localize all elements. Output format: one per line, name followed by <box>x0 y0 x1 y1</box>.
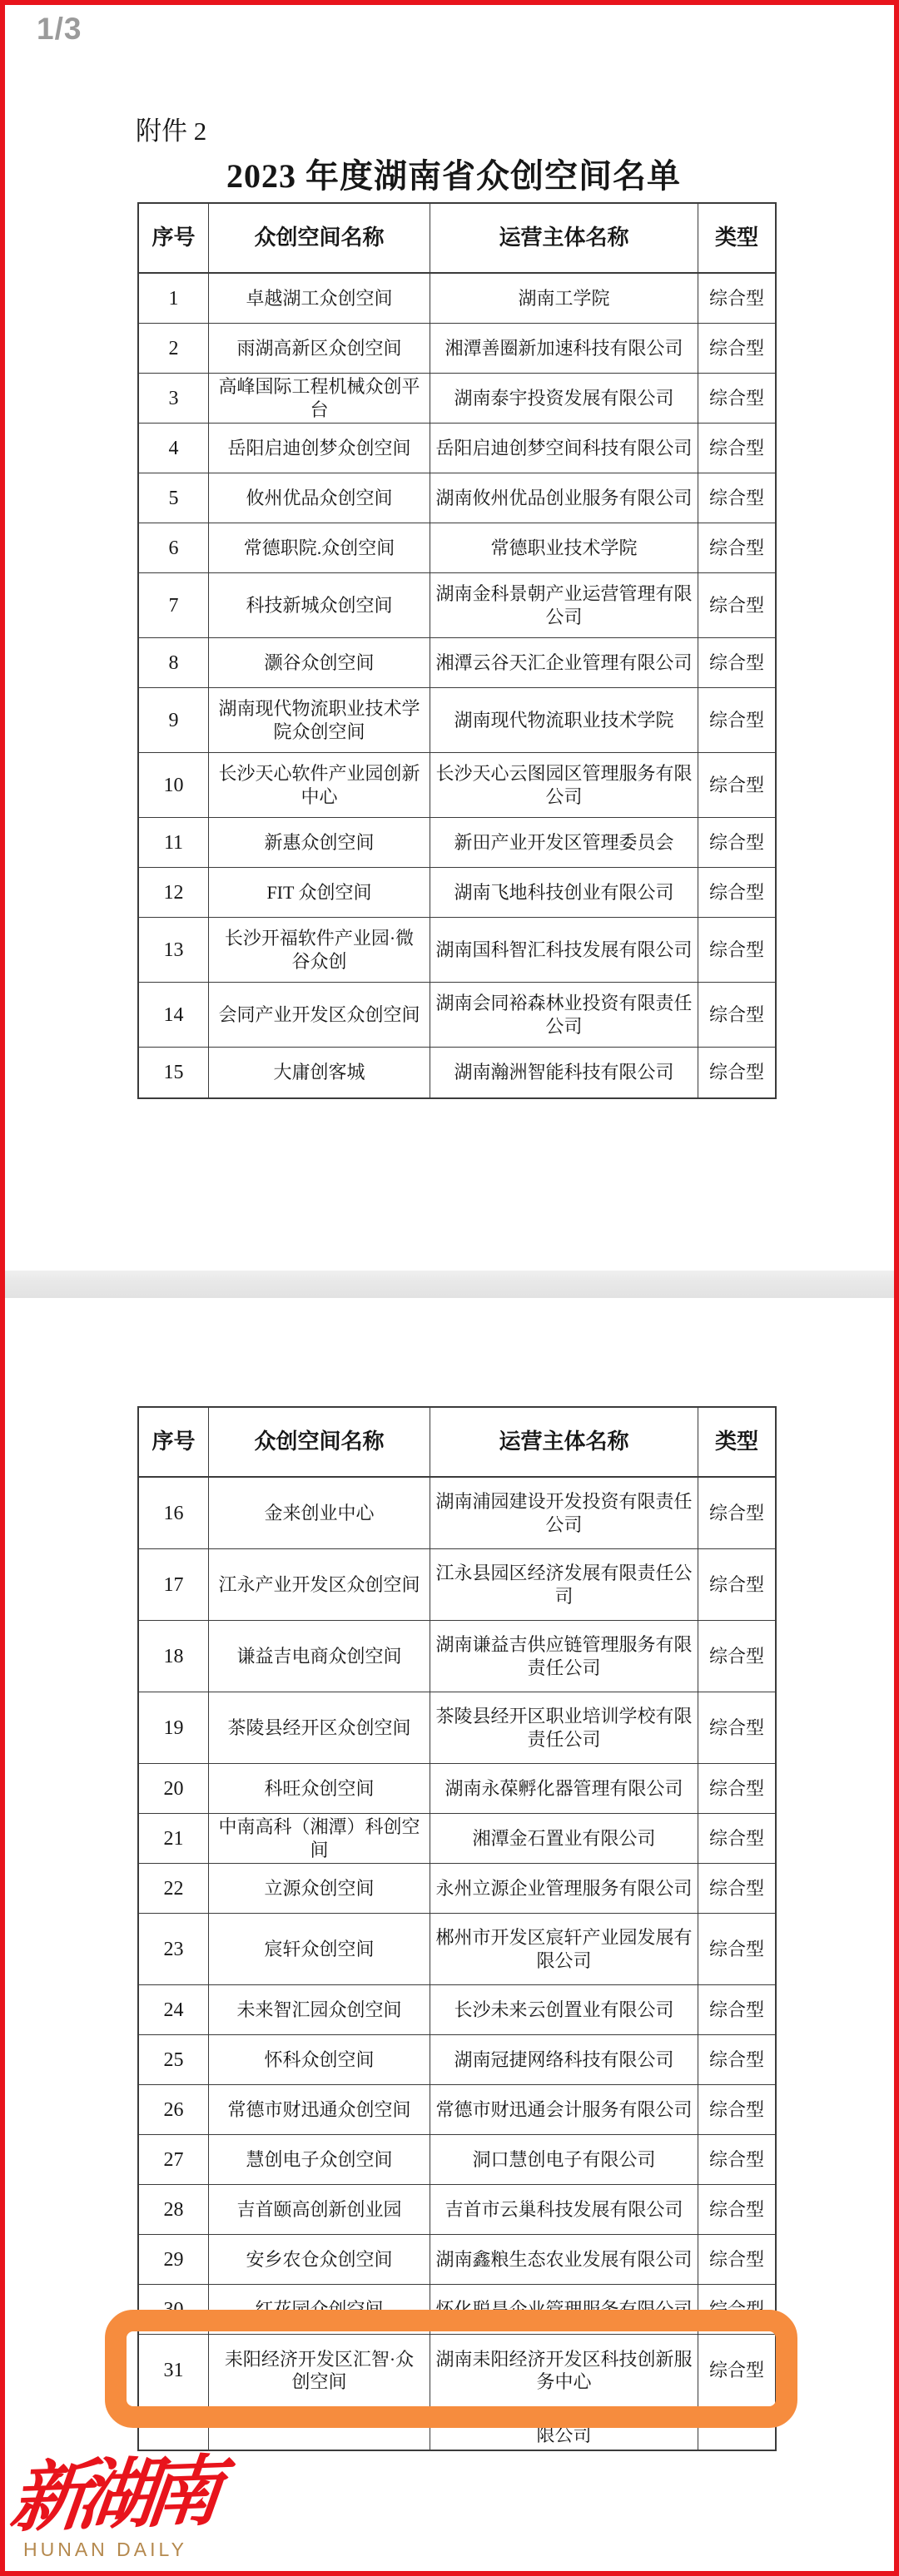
table-row: 23宸轩众创空间郴州市开发区宸轩产业园发展有限公司综合型 <box>139 1914 775 1985</box>
table-row: 25怀科众创空间湖南冠捷网络科技有限公司综合型 <box>139 2035 775 2085</box>
table-row: 31耒阳经济开发区汇智·众创空间湖南耒阳经济开发区科技创新服务中心综合型 <box>139 2335 775 2406</box>
space-name-cell: 安乡农仓众创空间 <box>209 2235 430 2285</box>
table-row: 22立源众创空间永州立源企业管理服务有限公司综合型 <box>139 1864 775 1914</box>
table-row: 28吉首颐高创新创业园吉首市云巢科技发展有限公司综合型 <box>139 2185 775 2235</box>
row-index-cell: 19 <box>139 1692 209 1764</box>
row-index-cell: 16 <box>139 1478 209 1549</box>
row-index-cell: 26 <box>139 2085 209 2135</box>
space-name-cell: 湖南现代物流职业技术学院众创空间 <box>209 688 430 753</box>
operator-cell: 常德市财迅通会计服务有限公司 <box>430 2085 698 2135</box>
table-row: 27慧创电子众创空间洞口慧创电子有限公司综合型 <box>139 2135 775 2185</box>
space-name-cell: 卓越湖工众创空间 <box>209 274 430 324</box>
type-cell <box>698 2406 775 2450</box>
operator-cell: 常德职业技术学院 <box>430 523 698 573</box>
type-cell: 综合型 <box>698 1621 775 1692</box>
table-header-row: 序号 众创空间名称 运营主体名称 类型 <box>139 204 775 274</box>
table-row-partial: 限公司 <box>139 2406 775 2450</box>
header-type: 类型 <box>698 204 775 272</box>
space-name-cell: 立源众创空间 <box>209 1864 430 1914</box>
space-name-cell: 慧创电子众创空间 <box>209 2135 430 2185</box>
header-operator: 运营主体名称 <box>430 1408 698 1476</box>
row-index-cell: 29 <box>139 2235 209 2285</box>
space-name-cell: 金来创业中心 <box>209 1478 430 1549</box>
table-row: 26常德市财迅通众创空间常德市财迅通会计服务有限公司综合型 <box>139 2085 775 2135</box>
type-cell: 综合型 <box>698 753 775 818</box>
row-index-cell: 15 <box>139 1048 209 1097</box>
space-name-cell: 科技新城众创空间 <box>209 573 430 638</box>
space-name-cell: 茶陵县经开区众创空间 <box>209 1692 430 1764</box>
row-index-cell: 3 <box>139 374 209 424</box>
operator-cell: 吉首市云巢科技发展有限公司 <box>430 2185 698 2235</box>
type-cell: 综合型 <box>698 1478 775 1549</box>
space-name-cell: 江永产业开发区众创空间 <box>209 1549 430 1621</box>
table-body-page2: 16金来创业中心湖南浦园建设开发投资有限责任公司综合型17江永产业开发区众创空间… <box>139 1478 775 2406</box>
table-row: 7科技新城众创空间湖南金科景朝产业运营管理有限公司综合型 <box>139 573 775 638</box>
type-cell: 综合型 <box>698 523 775 573</box>
table-row: 30红花园众创空间怀化聪昌企业管理服务有限公司综合型 <box>139 2285 775 2335</box>
row-index-cell: 20 <box>139 1764 209 1814</box>
table-row: 20科旺众创空间湖南永葆孵化器管理有限公司综合型 <box>139 1764 775 1814</box>
type-cell: 综合型 <box>698 868 775 918</box>
table-row: 4岳阳启迪创梦众创空间岳阳启迪创梦空间科技有限公司综合型 <box>139 424 775 473</box>
space-name-cell: 常德市财迅通众创空间 <box>209 2085 430 2135</box>
row-index-cell: 10 <box>139 753 209 818</box>
row-index-cell: 28 <box>139 2185 209 2235</box>
type-cell: 综合型 <box>698 2335 775 2406</box>
row-index-cell: 1 <box>139 274 209 324</box>
row-index-cell: 13 <box>139 918 209 983</box>
row-index-cell: 30 <box>139 2285 209 2335</box>
header-operator: 运营主体名称 <box>430 204 698 272</box>
space-name-cell: 怀科众创空间 <box>209 2035 430 2085</box>
table-row: 8灏谷众创空间湘潭云谷天汇企业管理有限公司综合型 <box>139 638 775 688</box>
operator-cell: 湖南瀚洲智能科技有限公司 <box>430 1048 698 1097</box>
operator-cell: 洞口慧创电子有限公司 <box>430 2135 698 2185</box>
type-cell: 综合型 <box>698 2235 775 2285</box>
type-cell: 综合型 <box>698 1764 775 1814</box>
header-name: 众创空间名称 <box>209 1408 430 1476</box>
row-index-cell: 21 <box>139 1814 209 1864</box>
space-name-cell: 长沙天心软件产业园创新中心 <box>209 753 430 818</box>
type-cell: 综合型 <box>698 1692 775 1764</box>
row-index-cell: 8 <box>139 638 209 688</box>
type-cell: 综合型 <box>698 424 775 473</box>
operator-cell: 湖南现代物流职业技术学院 <box>430 688 698 753</box>
operator-cell: 湘潭金石置业有限公司 <box>430 1814 698 1864</box>
table-row: 21中南高科（湘潭）科创空间湘潭金石置业有限公司综合型 <box>139 1814 775 1864</box>
header-index: 序号 <box>139 204 209 272</box>
row-index-cell: 14 <box>139 983 209 1048</box>
row-index-cell: 9 <box>139 688 209 753</box>
table-row: 11新惠众创空间新田产业开发区管理委员会综合型 <box>139 818 775 868</box>
space-name-cell: 耒阳经济开发区汇智·众创空间 <box>209 2335 430 2406</box>
space-name-cell: 吉首颐高创新创业园 <box>209 2185 430 2235</box>
row-index-cell: 6 <box>139 523 209 573</box>
operator-cell: 湘潭善圈新加速科技有限公司 <box>430 324 698 374</box>
hunan-daily-logo: 新湖南 HUNAN DAILY <box>12 2453 211 2561</box>
operator-cell: 长沙未来云创置业有限公司 <box>430 1985 698 2035</box>
page-break-band <box>0 1271 899 1298</box>
table-row: 14会同产业开发区众创空间湖南会同裕森林业投资有限责任公司综合型 <box>139 983 775 1048</box>
operator-cell: 新田产业开发区管理委员会 <box>430 818 698 868</box>
space-name-cell: 中南高科（湘潭）科创空间 <box>209 1814 430 1864</box>
operator-cell: 湖南泰宇投资发展有限公司 <box>430 374 698 424</box>
type-cell: 综合型 <box>698 818 775 868</box>
type-cell: 综合型 <box>698 374 775 424</box>
header-name: 众创空间名称 <box>209 204 430 272</box>
table-body-page1: 1卓越湖工众创空间湖南工学院综合型2雨湖高新区众创空间湘潭善圈新加速科技有限公司… <box>139 274 775 1097</box>
space-name-cell: 灏谷众创空间 <box>209 638 430 688</box>
space-name-cell: 常德职院.众创空间 <box>209 523 430 573</box>
space-name-cell: 新惠众创空间 <box>209 818 430 868</box>
operator-cell: 湖南浦园建设开发投资有限责任公司 <box>430 1478 698 1549</box>
row-index-cell <box>139 2406 209 2450</box>
row-index-cell: 11 <box>139 818 209 868</box>
table-row: 1卓越湖工众创空间湖南工学院综合型 <box>139 274 775 324</box>
operator-cell: 湖南攸州优品创业服务有限公司 <box>430 473 698 523</box>
space-name-cell: 未来智汇园众创空间 <box>209 1985 430 2035</box>
type-cell: 综合型 <box>698 983 775 1048</box>
type-cell: 综合型 <box>698 638 775 688</box>
space-name-cell: 雨湖高新区众创空间 <box>209 324 430 374</box>
type-cell: 综合型 <box>698 1864 775 1914</box>
operator-cell: 湖南飞地科技创业有限公司 <box>430 868 698 918</box>
row-index-cell: 31 <box>139 2335 209 2406</box>
space-name-cell: 攸州优品众创空间 <box>209 473 430 523</box>
space-name-cell: 会同产业开发区众创空间 <box>209 983 430 1048</box>
table-row: 29安乡农仓众创空间湖南鑫粮生态农业发展有限公司综合型 <box>139 2235 775 2285</box>
table-row: 6常德职院.众创空间常德职业技术学院综合型 <box>139 523 775 573</box>
document-title: 2023 年度湖南省众创空间名单 <box>133 150 774 197</box>
makerspace-table-page1: 序号 众创空间名称 运营主体名称 类型 1卓越湖工众创空间湖南工学院综合型2雨湖… <box>137 202 777 1099</box>
table-row: 10长沙天心软件产业园创新中心长沙天心云图园区管理服务有限公司综合型 <box>139 753 775 818</box>
type-cell: 综合型 <box>698 2135 775 2185</box>
type-cell: 综合型 <box>698 2285 775 2335</box>
space-name-cell: 岳阳启迪创梦众创空间 <box>209 424 430 473</box>
operator-cell: 湖南国科智汇科技发展有限公司 <box>430 918 698 983</box>
type-cell: 综合型 <box>698 2185 775 2235</box>
row-index-cell: 4 <box>139 424 209 473</box>
type-cell: 综合型 <box>698 274 775 324</box>
table-row: 18谦益吉电商众创空间湖南谦益吉供应链管理服务有限责任公司综合型 <box>139 1621 775 1692</box>
space-name-cell: 宸轩众创空间 <box>209 1914 430 1985</box>
operator-cell: 湖南会同裕森林业投资有限责任公司 <box>430 983 698 1048</box>
row-index-cell: 23 <box>139 1914 209 1985</box>
table-row: 5攸州优品众创空间湖南攸州优品创业服务有限公司综合型 <box>139 473 775 523</box>
type-cell: 综合型 <box>698 1985 775 2035</box>
type-cell: 综合型 <box>698 573 775 638</box>
type-cell: 综合型 <box>698 1814 775 1864</box>
operator-cell: 湖南鑫粮生态农业发展有限公司 <box>430 2235 698 2285</box>
operator-cell: 湘潭云谷天汇企业管理有限公司 <box>430 638 698 688</box>
type-cell: 综合型 <box>698 2085 775 2135</box>
table-row: 3高峰国际工程机械众创平台湖南泰宇投资发展有限公司综合型 <box>139 374 775 424</box>
type-cell: 综合型 <box>698 1048 775 1097</box>
row-index-cell: 18 <box>139 1621 209 1692</box>
space-name-cell: 长沙开福软件产业园·微谷众创 <box>209 918 430 983</box>
operator-cell: 长沙天心云图园区管理服务有限公司 <box>430 753 698 818</box>
operator-cell: 湖南金科景朝产业运营管理有限公司 <box>430 573 698 638</box>
type-cell: 综合型 <box>698 2035 775 2085</box>
table-row: 15大庸创客城湖南瀚洲智能科技有限公司综合型 <box>139 1048 775 1097</box>
row-index-cell: 24 <box>139 1985 209 2035</box>
type-cell: 综合型 <box>698 473 775 523</box>
header-type: 类型 <box>698 1408 775 1476</box>
operator-cell: 怀化聪昌企业管理服务有限公司 <box>430 2285 698 2335</box>
attachment-label: 附件 2 <box>136 110 206 147</box>
row-index-cell: 5 <box>139 473 209 523</box>
table-row: 2雨湖高新区众创空间湘潭善圈新加速科技有限公司综合型 <box>139 324 775 374</box>
makerspace-table-page2: 序号 众创空间名称 运营主体名称 类型 16金来创业中心湖南浦园建设开发投资有限… <box>137 1406 777 2451</box>
type-cell: 综合型 <box>698 324 775 374</box>
logo-english-wordmark: HUNAN DAILY <box>23 2539 211 2561</box>
space-name-cell: 高峰国际工程机械众创平台 <box>209 374 430 424</box>
table-row: 16金来创业中心湖南浦园建设开发投资有限责任公司综合型 <box>139 1478 775 1549</box>
operator-cell: 湖南冠捷网络科技有限公司 <box>430 2035 698 2085</box>
operator-cell: 茶陵县经开区职业培训学校有限责任公司 <box>430 1692 698 1764</box>
table-row: 17江永产业开发区众创空间江永县园区经济发展有限责任公司综合型 <box>139 1549 775 1621</box>
row-index-cell: 7 <box>139 573 209 638</box>
row-index-cell: 27 <box>139 2135 209 2185</box>
table-header-row: 序号 众创空间名称 运营主体名称 类型 <box>139 1408 775 1478</box>
row-index-cell: 2 <box>139 324 209 374</box>
operator-cell: 湖南谦益吉供应链管理服务有限责任公司 <box>430 1621 698 1692</box>
row-index-cell: 22 <box>139 1864 209 1914</box>
space-name-cell: 谦益吉电商众创空间 <box>209 1621 430 1692</box>
type-cell: 综合型 <box>698 918 775 983</box>
type-cell: 综合型 <box>698 1549 775 1621</box>
space-name-cell: 大庸创客城 <box>209 1048 430 1097</box>
table-row: 24未来智汇园众创空间长沙未来云创置业有限公司综合型 <box>139 1985 775 2035</box>
space-name-cell: FIT 众创空间 <box>209 868 430 918</box>
operator-cell: 湖南耒阳经济开发区科技创新服务中心 <box>430 2335 698 2406</box>
header-index: 序号 <box>139 1408 209 1476</box>
row-index-cell: 25 <box>139 2035 209 2085</box>
table-row: 12FIT 众创空间湖南飞地科技创业有限公司综合型 <box>139 868 775 918</box>
operator-cell: 江永县园区经济发展有限责任公司 <box>430 1549 698 1621</box>
operator-cell: 郴州市开发区宸轩产业园发展有限公司 <box>430 1914 698 1985</box>
operator-cell: 岳阳启迪创梦空间科技有限公司 <box>430 424 698 473</box>
operator-cell-fragment: 限公司 <box>430 2406 698 2450</box>
type-cell: 综合型 <box>698 1914 775 1985</box>
space-name-cell <box>209 2406 430 2450</box>
operator-cell: 湖南工学院 <box>430 274 698 324</box>
row-index-cell: 12 <box>139 868 209 918</box>
space-name-cell: 科旺众创空间 <box>209 1764 430 1814</box>
space-name-cell: 红花园众创空间 <box>209 2285 430 2335</box>
logo-chinese-calligraphy: 新湖南 <box>7 2450 216 2541</box>
table-row: 9湖南现代物流职业技术学院众创空间湖南现代物流职业技术学院综合型 <box>139 688 775 753</box>
page-indicator: 1/3 <box>37 12 82 47</box>
type-cell: 综合型 <box>698 688 775 753</box>
table-row: 19茶陵县经开区众创空间茶陵县经开区职业培训学校有限责任公司综合型 <box>139 1692 775 1764</box>
row-index-cell: 17 <box>139 1549 209 1621</box>
operator-cell: 永州立源企业管理服务有限公司 <box>430 1864 698 1914</box>
operator-cell: 湖南永葆孵化器管理有限公司 <box>430 1764 698 1814</box>
table-row: 13长沙开福软件产业园·微谷众创湖南国科智汇科技发展有限公司综合型 <box>139 918 775 983</box>
